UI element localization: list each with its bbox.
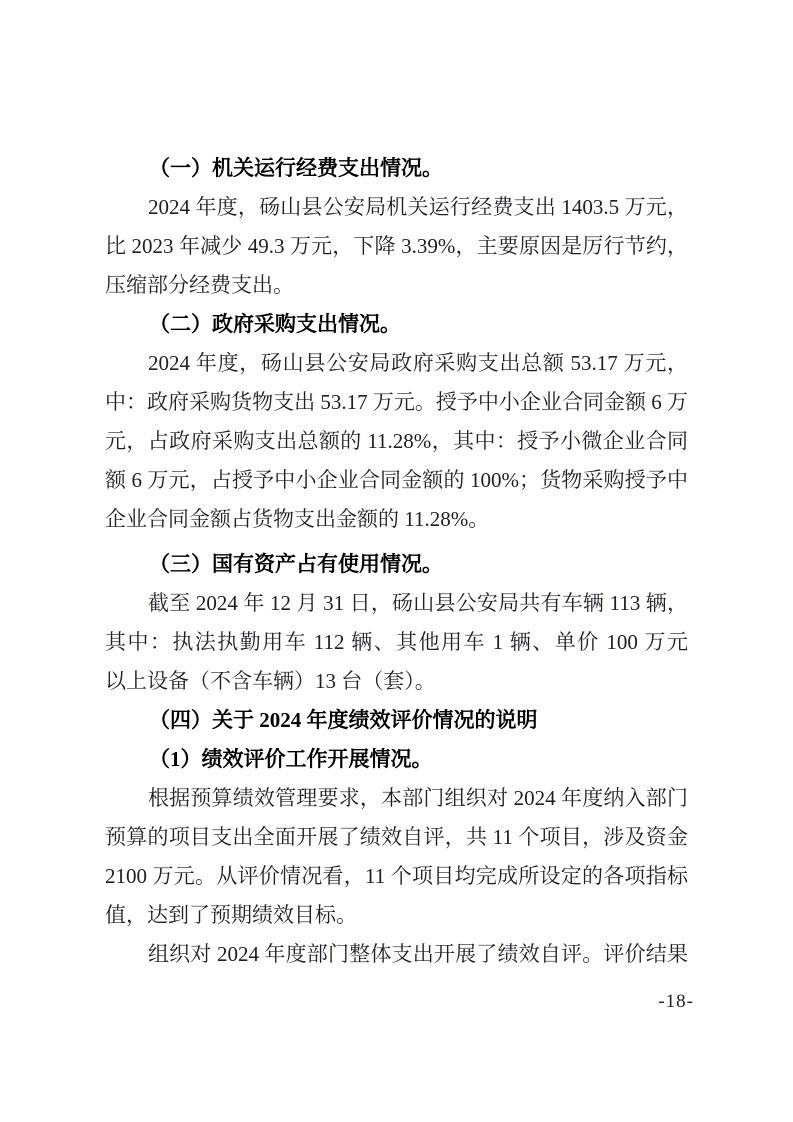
section-4-line-2: 预算的项目支出全面开展了绩效自评，共 11 个项目，涉及资金	[105, 818, 688, 857]
section-4-line-3: 2100 万元。从评价情况看，11 个项目均完成所设定的各项指标数	[105, 857, 688, 896]
section-4-closing-line: 组织对 2024 年度部门整体支出开展了绩效自评。评价结果	[105, 935, 688, 974]
document-page: （一）机关运行经费支出情况。 2024 年度，砀山县公安局机关运行经费支出 14…	[0, 0, 793, 1122]
section-1-line-1: 2024 年度，砀山县公安局机关运行经费支出 1403.5 万元，	[105, 188, 688, 227]
section-4-line-1: 根据预算绩效管理要求，本部门组织对 2024 年度纳入部门	[105, 779, 688, 818]
section-2-line-2: 中：政府采购货物支出 53.17 万元。授予中小企业合同金额 6 万	[105, 383, 688, 422]
section-2-line-3: 元，占政府采购支出总额的 11.28%，其中：授予小微企业合同金	[105, 422, 688, 461]
section-3-line-1: 截至 2024 年 12 月 31 日，砀山县公安局共有车辆 113 辆，	[105, 584, 688, 623]
section-2-heading: （二）政府采购支出情况。	[105, 305, 688, 344]
section-2-line-4: 额 6 万元，占授予中小企业合同金额的 100%；货物采购授予中小	[105, 461, 688, 500]
section-4-heading: （四）关于 2024 年度绩效评价情况的说明	[105, 701, 688, 740]
section-1-line-2: 比 2023 年减少 49.3 万元，下降 3.39%，主要原因是厉行节约，	[105, 227, 688, 266]
section-2-line-1: 2024 年度，砀山县公安局政府采购支出总额 53.17 万元，其	[105, 344, 688, 383]
section-1-heading: （一）机关运行经费支出情况。	[105, 149, 688, 188]
section-2-line-5: 企业合同金额占货物支出金额的 11.28%。	[105, 500, 688, 539]
page-number: -18-	[658, 991, 694, 1013]
section-3-heading: （三）国有资产占有使用情况。	[105, 545, 688, 584]
section-4-line-4: 值，达到了预期绩效目标。	[105, 896, 688, 935]
section-1-line-3: 压缩部分经费支出。	[105, 266, 688, 305]
document-body: （一）机关运行经费支出情况。 2024 年度，砀山县公安局机关运行经费支出 14…	[105, 149, 688, 974]
section-4-subheading: （1）绩效评价工作开展情况。	[105, 740, 688, 779]
section-3-line-2: 其中：执法执勤用车 112 辆、其他用车 1 辆、单价 100 万元（含）	[105, 623, 688, 662]
section-3-line-3: 以上设备（不含车辆）13 台（套）。	[105, 662, 688, 701]
